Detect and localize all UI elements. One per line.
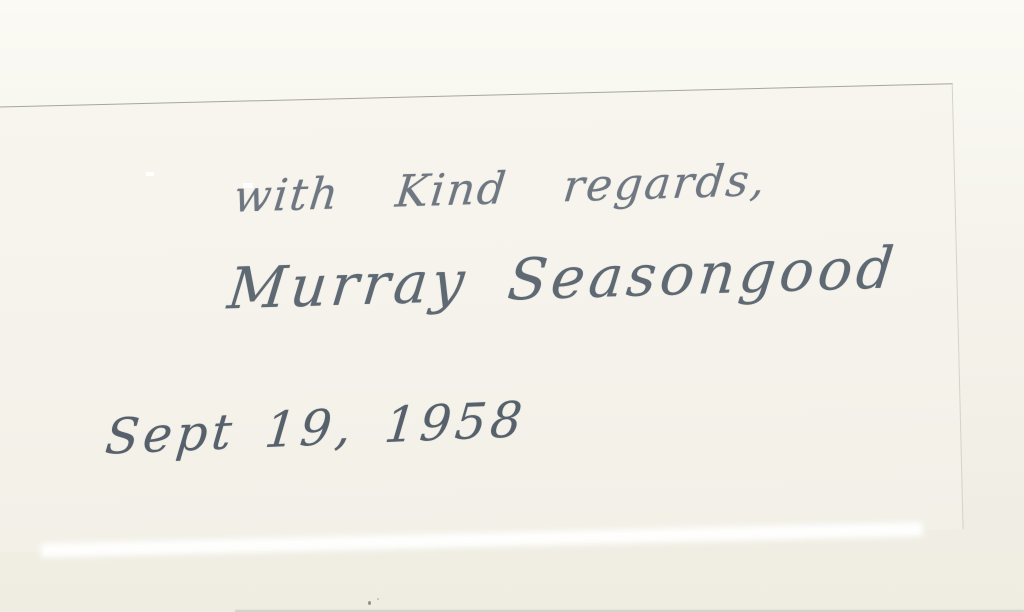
signature-text: Murray Seasongood [225, 235, 901, 322]
greeting-text: with Kind regards, [231, 155, 769, 223]
paper-speck [377, 598, 379, 600]
scanned-photo: with Kind regards, Murray Seasongood Sep… [0, 0, 1024, 612]
card-bottom-edge-highlight [41, 522, 923, 558]
paper-speck [368, 601, 371, 605]
date-text: Sept 19, 1958 [103, 391, 529, 466]
autograph-card: with Kind regards, Murray Seasongood Sep… [0, 83, 964, 554]
paper-glare-fleck [243, 183, 253, 188]
paper-glare-fleck [146, 172, 154, 176]
